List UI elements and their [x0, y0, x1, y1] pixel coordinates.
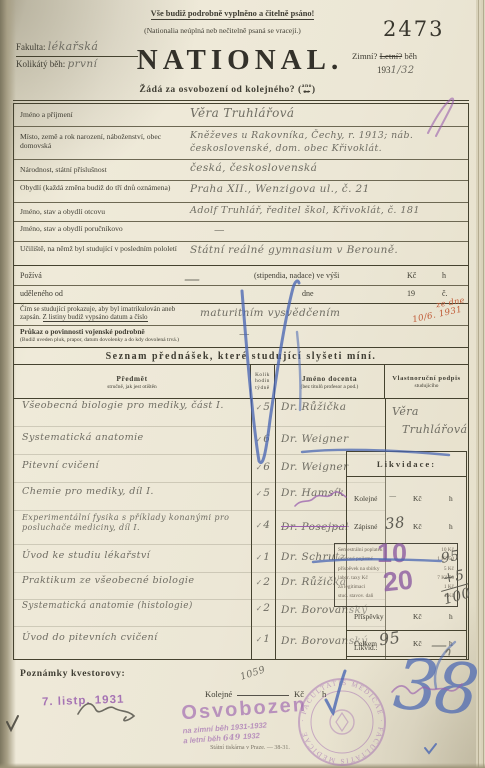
c-label: č.	[442, 289, 448, 298]
col-header-subject: Předmět stručně, jak jest otištěn	[14, 365, 251, 398]
fakulta-rule	[16, 43, 138, 57]
dne-label: dne	[302, 289, 314, 298]
row-stipend: Požívá — (stipendia, nadace) ve výši Kč …	[14, 266, 468, 286]
row-birth: Místo, země a rok narození, náboženství,…	[14, 127, 468, 160]
lecture-row: Systematická anatomie ✓6 Dr. Weigner	[14, 427, 385, 455]
big-blue-pen-number: 38	[391, 643, 479, 732]
pencil-tick-icon: ✓	[256, 521, 263, 530]
year-line: 1931/32	[377, 65, 415, 76]
lecture-row: Praktikum ze všeobecné biologie ✓2 Dr. R…	[14, 573, 385, 600]
beh-label: Kolikátý běh:	[16, 59, 65, 69]
pencil-tick-icon: ✓	[256, 604, 263, 613]
lecture-row: Všeobecná biologie pro mediky, část I. ✓…	[14, 399, 385, 427]
exemption-question-line: Žádá za osvobození od kolejného? ( ano n…	[0, 84, 455, 95]
field-label: Jméno, stav a obydlí poručníkovo	[14, 222, 184, 241]
row-school: Učiliště, na němž byl studující v posled…	[14, 242, 468, 266]
poziva-mid: (stipendia, nadace) ve výši	[254, 271, 339, 280]
field-label: Jméno, stav a obydlí otcovu	[14, 203, 184, 221]
kc-label: Kč	[407, 271, 416, 280]
lectures-heading: Seznam přednášek, které studující slyšet…	[14, 348, 468, 365]
term-letni: Letní?	[380, 51, 402, 61]
student-signature: Věra Truhlářová	[392, 403, 468, 438]
year-written: 1/32	[391, 65, 415, 76]
field-label: Jméno a příjmení	[14, 104, 184, 126]
scanned-national-form: Vše budiž podrobně vyplněno a čitelně ps…	[0, 0, 485, 768]
kolejne-pencil-number: 1059	[239, 664, 267, 682]
field-value-handwritten: Státní reálné gymnasium v Berouně.	[184, 242, 468, 265]
col-header-signature: Vlastnoruční podpis studujícího	[385, 365, 468, 398]
lectures-table-header: Předmět stručně, jak jest otištěn Kolik …	[14, 365, 468, 399]
kolejne-footer-label: Kolejné	[205, 689, 232, 699]
faculty-seal-stamp: · FACULTATIS MEDICAE · FACULTATIS MEDICA…	[296, 676, 388, 768]
row-matricula: Čím se studující prokazuje, aby byl imat…	[14, 304, 468, 326]
beh-row: Kolikátý běh: první	[16, 58, 97, 70]
matricula-label-underlined: Z listiny budiž vypsáno datum a číslo	[43, 313, 148, 322]
pencil-tick-icon: ✓	[256, 635, 263, 644]
field-value-handwritten: Kněževes u Rakovníka, Čechy, r. 1913; ná…	[184, 127, 468, 159]
row-residence: Obydlí (každá změna budiž do tří dnů ozn…	[14, 181, 468, 203]
rok-label: 19	[407, 289, 415, 298]
osvobozen-hand-number: 649	[223, 731, 242, 742]
lecture-row: Experimentální fysika s příklady konaným…	[14, 511, 385, 545]
field-label: Místo, země a rok narození, náboženství,…	[14, 127, 184, 159]
pencil-tick-icon: ✓	[256, 463, 263, 472]
kolejne-dash: —	[389, 491, 397, 500]
field-label: Obydlí (každá změna budiž do tří dnů ozn…	[14, 181, 184, 202]
pencil-tick-icon: ✓	[256, 553, 263, 562]
lecture-row: Úvod ke studiu lékařství ✓1 Dr. Schrutz	[14, 545, 385, 573]
osvobozen-stamp: Osvobozen na zimní běh 1931-1932 a letní…	[181, 694, 309, 746]
blue-small-check	[425, 744, 436, 753]
lecture-row: Chemie pro mediky, díl I. ✓5 Dr. Hamsík	[14, 483, 385, 511]
field-value-handwritten: Věra Truhlářová	[184, 104, 468, 126]
pencil-tick-icon: ✓	[256, 435, 263, 444]
year-printed: 193	[377, 65, 391, 75]
likvidace-heading: Likvidace:	[347, 452, 466, 477]
row-name: Jméno a příjmení Věra Truhlářová	[14, 104, 468, 127]
h-label: h	[442, 271, 446, 280]
row-military: Průkaz o povinnosti vojenské podrobně (B…	[14, 326, 468, 348]
stamp-big-20: 20	[381, 565, 414, 599]
row-stipend-date: uděleného od dne 19 č.	[14, 286, 468, 304]
udeleneho-label: uděleného od	[20, 289, 63, 298]
serial-number: 2473	[383, 17, 444, 41]
lecture-row: Systematická anatomie (histologie) ✓2 Dr…	[14, 600, 385, 627]
term-zimni: Zimní?	[352, 51, 377, 61]
exemption-question: Žádá za osvobození od kolejného?	[139, 84, 295, 95]
zapisne-value-handwritten: 38	[384, 513, 406, 533]
military-sublabel: (Budiž uveden pluk, prapor, datum dovole…	[20, 337, 212, 343]
field-label: Národnost, státní příslušnost	[14, 160, 184, 180]
instruction-subline: (Nationalia neúplná neb nečitelně psaná …	[0, 26, 445, 35]
row-guardian: Jméno, stav a obydlí poručníkovo —	[14, 222, 468, 242]
quaestor-date-stamp: 7. listp. 1931	[42, 694, 125, 709]
col-header-hours: Kolik hodin týdně	[251, 365, 275, 398]
bottom-edge-shadow	[0, 763, 485, 768]
poziva-label: Požívá	[20, 271, 42, 280]
field-value-handwritten: česká, československá	[184, 160, 468, 180]
term-line: Zimní? Letní? běh	[352, 51, 417, 61]
pencil-tick-icon: ✓	[256, 403, 263, 412]
printer-imprint: Státní tiskárna v Praze. — 38-31.	[150, 745, 350, 751]
field-label: Učiliště, na němž byl studující v posled…	[14, 242, 184, 265]
form-title: NATIONAL.	[125, 44, 355, 77]
military-value: —	[214, 326, 468, 347]
col-header-docent: Jméno docenta (bez titulů profesor a pod…	[275, 365, 385, 398]
military-label: Průkaz o povinnosti vojenské podrobně	[20, 327, 145, 336]
beh-value: první	[68, 58, 98, 70]
poznamky-label: Poznámky kvestorovy:	[20, 668, 125, 679]
pencil-tick-icon: ✓	[256, 489, 263, 498]
exemption-ne: ne	[302, 90, 312, 96]
field-value-handwritten: —	[184, 222, 468, 241]
pencil-tick-icon: ✓	[256, 578, 263, 587]
row-father: Jméno, stav a obydlí otcovu Adolf Truhlá…	[14, 203, 468, 222]
field-value-handwritten: Praha XII., Wenzigova ul., č. 21	[184, 181, 468, 202]
row-nationality: Národnost, státní příslušnost česká, čes…	[14, 160, 468, 181]
term-beh: běh	[404, 51, 417, 61]
field-value-handwritten: Adolf Truhlář, ředitel škol, Křivoklát, …	[184, 203, 468, 221]
lecture-row: Pitevní cvičení ✓6 Dr. Weigner	[14, 455, 385, 483]
lecture-row: Úvod do pitevních cvičení ✓1 Dr. Borovan…	[14, 627, 385, 664]
